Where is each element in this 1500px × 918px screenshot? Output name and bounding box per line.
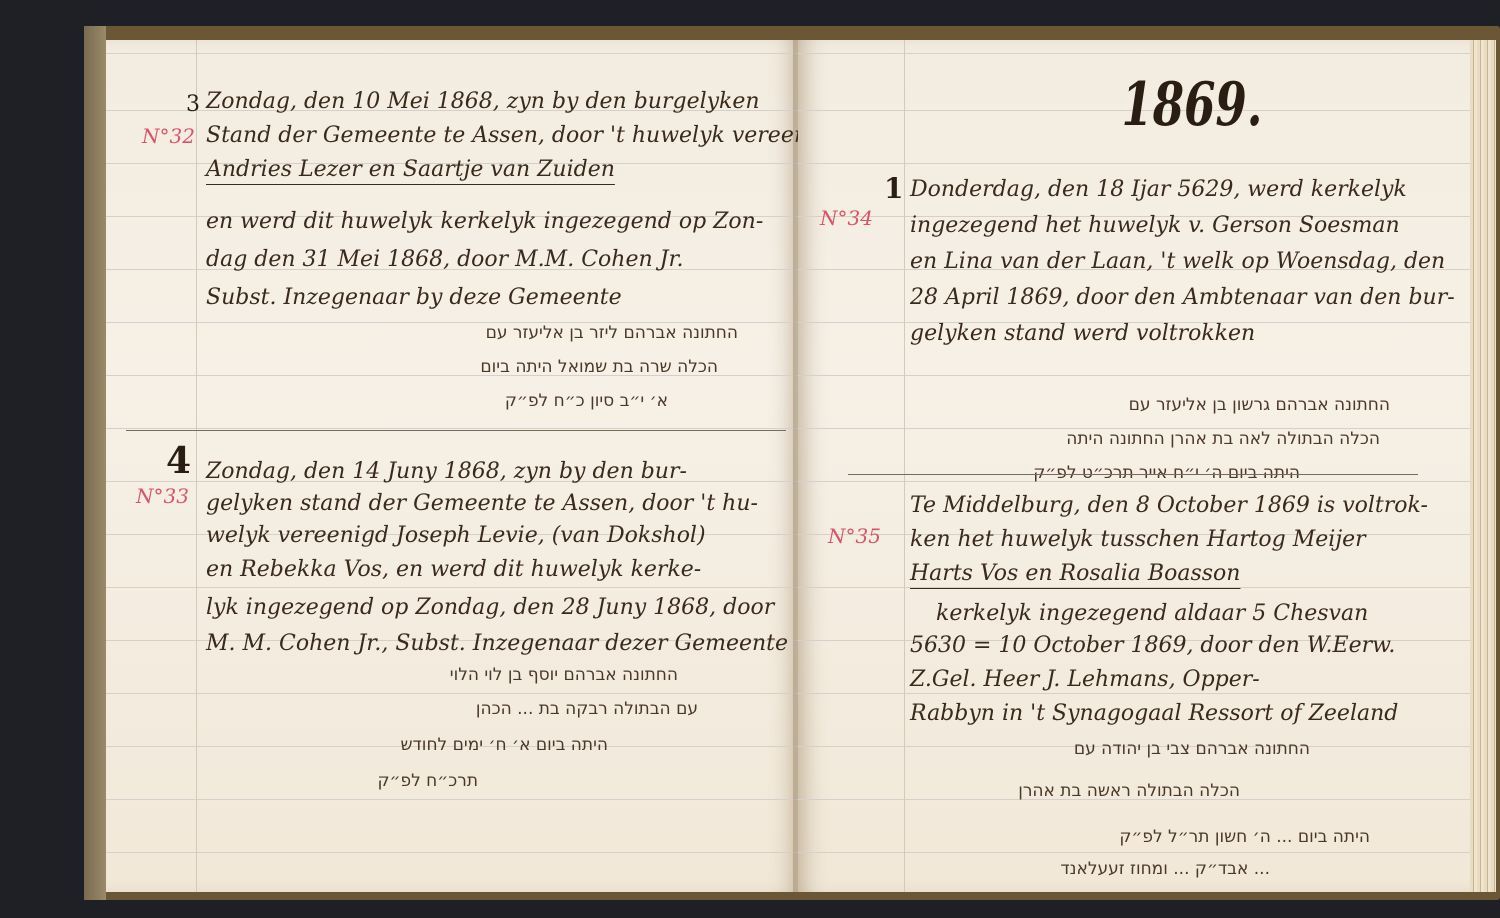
right-page: 1869. 1 N°34 Donderdag, den 18 Ijar 5629… [798, 40, 1470, 892]
entry-number: 4 [166, 440, 191, 482]
hebrew-line: היתה ביום א׳ ח׳ ימים לחודש [400, 730, 608, 760]
hebrew-line: ... אבד״ק ... ומחוז זעעלאנד [1060, 854, 1270, 884]
hebrew-line: א׳ י״ב סיון כ״ח לפ״ק [505, 386, 668, 416]
entry-text: Zondag, den 10 Mei 1868, zyn by den burg… [206, 76, 851, 324]
margin-rule [196, 40, 197, 892]
hebrew-line: החתונה אברהם צבי בן יהודה עם [1074, 734, 1310, 764]
hebrew-line: החתונה אברהם גרשון בן אליעזר עם [1129, 390, 1390, 420]
register-number: N°33 [136, 484, 189, 508]
cover-edge [84, 26, 106, 900]
margin-rule [904, 40, 905, 892]
register-number: N°34 [820, 206, 873, 230]
hebrew-line: הכלה הבתולה לאה בת אהרן החתונה היתה [1066, 424, 1380, 454]
hebrew-line: היתה ביום ... ה׳ חשון תר״ל לפ״ק [1119, 822, 1370, 852]
hebrew-line: תרכ״ח לפ״ק [377, 766, 478, 796]
page-stack-edge [1470, 40, 1496, 892]
hebrew-line: הכלה שרה בת שמואל היתה ביום [480, 352, 718, 382]
entry-line: Subst. Inzegenaar by deze Gemeente [206, 272, 851, 324]
hebrew-line: עם הבתולה רבקה בת ... הכהן [476, 694, 698, 724]
entry-text: Te Middelburg, den 8 October 1869 is vol… [910, 480, 1428, 740]
entry-line: Rabbyn in 't Synagogaal Ressort of Zeela… [910, 688, 1428, 740]
entry-text: Zondag, den 14 Juny 1868, zyn by den bur… [206, 446, 788, 670]
entry-text: Donderdag, den 18 Ijar 5629, werd kerkel… [910, 164, 1455, 360]
register-number: N°32 [142, 124, 195, 148]
hebrew-line: החתונה אברהם ליזר בן אליעזר עם [486, 318, 738, 348]
entry-number: 1 [884, 172, 903, 205]
register-number: N°35 [828, 524, 881, 548]
entry-divider [126, 430, 786, 431]
entry-divider [848, 474, 1418, 475]
year-heading: 1869. [1121, 70, 1262, 140]
hebrew-line: החתונה אברהם יוסף בן לוי הלוי [450, 660, 678, 690]
left-page: 3 N°32 Zondag, den 10 Mei 1868, zyn by d… [106, 40, 798, 892]
entry-number: 3 [186, 92, 200, 117]
hebrew-line: הכלה הבתולה ראשה בת אהרן [1018, 776, 1240, 806]
